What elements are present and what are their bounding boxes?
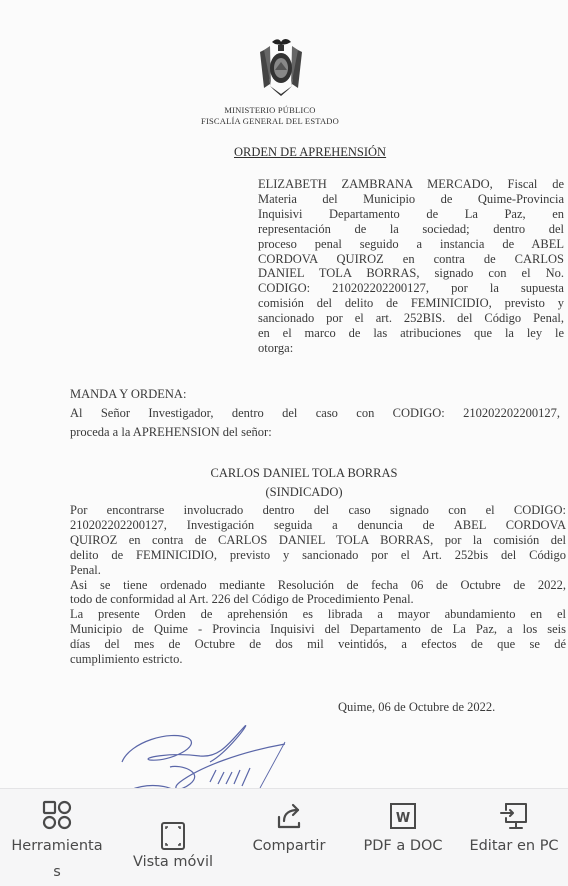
text-line: MANDA Y ORDENA: bbox=[70, 385, 560, 404]
bottom-toolbar: Herramienta s Vista móvil Compartir W PD… bbox=[0, 788, 568, 886]
text-line: proceso penal seguido a instancia de ABE… bbox=[258, 237, 564, 252]
mobile-view-icon bbox=[160, 821, 186, 851]
text-line: otorga: bbox=[258, 341, 564, 356]
accused-role: (SINDICADO) bbox=[20, 485, 568, 500]
pdf-to-doc-button[interactable]: W PDF a DOC bbox=[346, 801, 460, 858]
svg-text:W: W bbox=[396, 811, 410, 826]
text-line: 210202202200127, Investigación seguida a… bbox=[70, 518, 566, 533]
text-line: Penal. bbox=[70, 563, 566, 578]
text-line: La presente Orden de aprehensión es libr… bbox=[70, 607, 566, 622]
text-line: cumplimiento estricto. bbox=[70, 652, 566, 667]
org-name-line1: MINISTERIO PÚBLICO bbox=[0, 105, 554, 115]
document-page[interactable]: MINISTERIO PÚBLICO FISCALÍA GENERAL DEL … bbox=[0, 0, 568, 770]
text-line: delito de FEMINICIDIO, previsto y sancio… bbox=[70, 548, 566, 563]
org-name-line2: FISCALÍA GENERAL DEL ESTADO bbox=[0, 116, 554, 126]
text-line: Al Señor Investigador, dentro del caso c… bbox=[70, 404, 560, 423]
text-line: días del mes de Octubre de dos mil veint… bbox=[70, 637, 566, 652]
coat-of-arms-icon bbox=[256, 36, 306, 100]
text-line: ELIZABETH ZAMBRANA MERCADO, Fiscal de bbox=[258, 177, 564, 192]
manda-paragraph: MANDA Y ORDENA: Al Señor Investigador, d… bbox=[70, 385, 560, 442]
text-line: Inquisivi Departamento de La Paz, en bbox=[258, 207, 564, 222]
text-line: CODIGO: 210202202200127, por la supuesta bbox=[258, 281, 564, 296]
text-line: DANIEL TOLA BORRAS, signado con el No. bbox=[258, 266, 564, 281]
text-line: sancionado por el art. 252BIS. del Códig… bbox=[258, 311, 564, 326]
edit-on-pc-button[interactable]: Editar en PC bbox=[460, 801, 568, 858]
tools-label-line2: s bbox=[0, 859, 114, 885]
tools-grid-icon bbox=[41, 799, 73, 831]
text-line: Por encontrarse involucrado dentro del c… bbox=[70, 503, 566, 518]
text-line: Municipio de Quime - Provincia Inquisivi… bbox=[70, 622, 566, 637]
edit-on-pc-icon bbox=[498, 801, 530, 831]
body-paragraph: Por encontrarse involucrado dentro del c… bbox=[70, 503, 566, 667]
mobile-view-button[interactable]: Vista móvil bbox=[118, 821, 228, 874]
share-button[interactable]: Compartir bbox=[232, 801, 346, 858]
text-line: CORDOVA QUIROZ en contra de CARLOS bbox=[258, 252, 564, 267]
text-line: QUIROZ en contra de CARLOS DANIEL TOLA B… bbox=[70, 533, 566, 548]
pdf-to-doc-label: PDF a DOC bbox=[346, 835, 460, 858]
text-line: todo de conformidad al Art. 226 del Códi… bbox=[70, 592, 566, 607]
text-line: representación de la sociedad; dentro de… bbox=[258, 222, 564, 237]
share-icon bbox=[274, 801, 304, 831]
document-title: ORDEN DE APREHENSIÓN bbox=[234, 145, 386, 160]
mobile-view-label: Vista móvil bbox=[118, 851, 228, 874]
signature bbox=[110, 712, 350, 792]
text-line: Asi se tiene ordenado mediante Resolució… bbox=[70, 578, 566, 593]
text-line: Materia del Municipio de Quime-Provincia bbox=[258, 192, 564, 207]
word-doc-icon: W bbox=[388, 801, 418, 831]
text-line: proceda a la APREHENSION del señor: bbox=[70, 423, 560, 442]
document-date: Quime, 06 de Octubre de 2022. bbox=[338, 700, 495, 715]
accused-name: CARLOS DANIEL TOLA BORRAS bbox=[20, 466, 568, 481]
tools-label-line1: Herramienta bbox=[0, 833, 114, 859]
tools-button[interactable]: Herramienta s bbox=[0, 799, 114, 885]
text-line: comisión del delito de FEMINICIDIO, prev… bbox=[258, 296, 564, 311]
text-line: en el marco de las atribuciones que la l… bbox=[258, 326, 564, 341]
intro-paragraph: ELIZABETH ZAMBRANA MERCADO, Fiscal de Ma… bbox=[258, 177, 564, 356]
share-label: Compartir bbox=[232, 835, 346, 858]
edit-on-pc-label: Editar en PC bbox=[460, 835, 568, 858]
